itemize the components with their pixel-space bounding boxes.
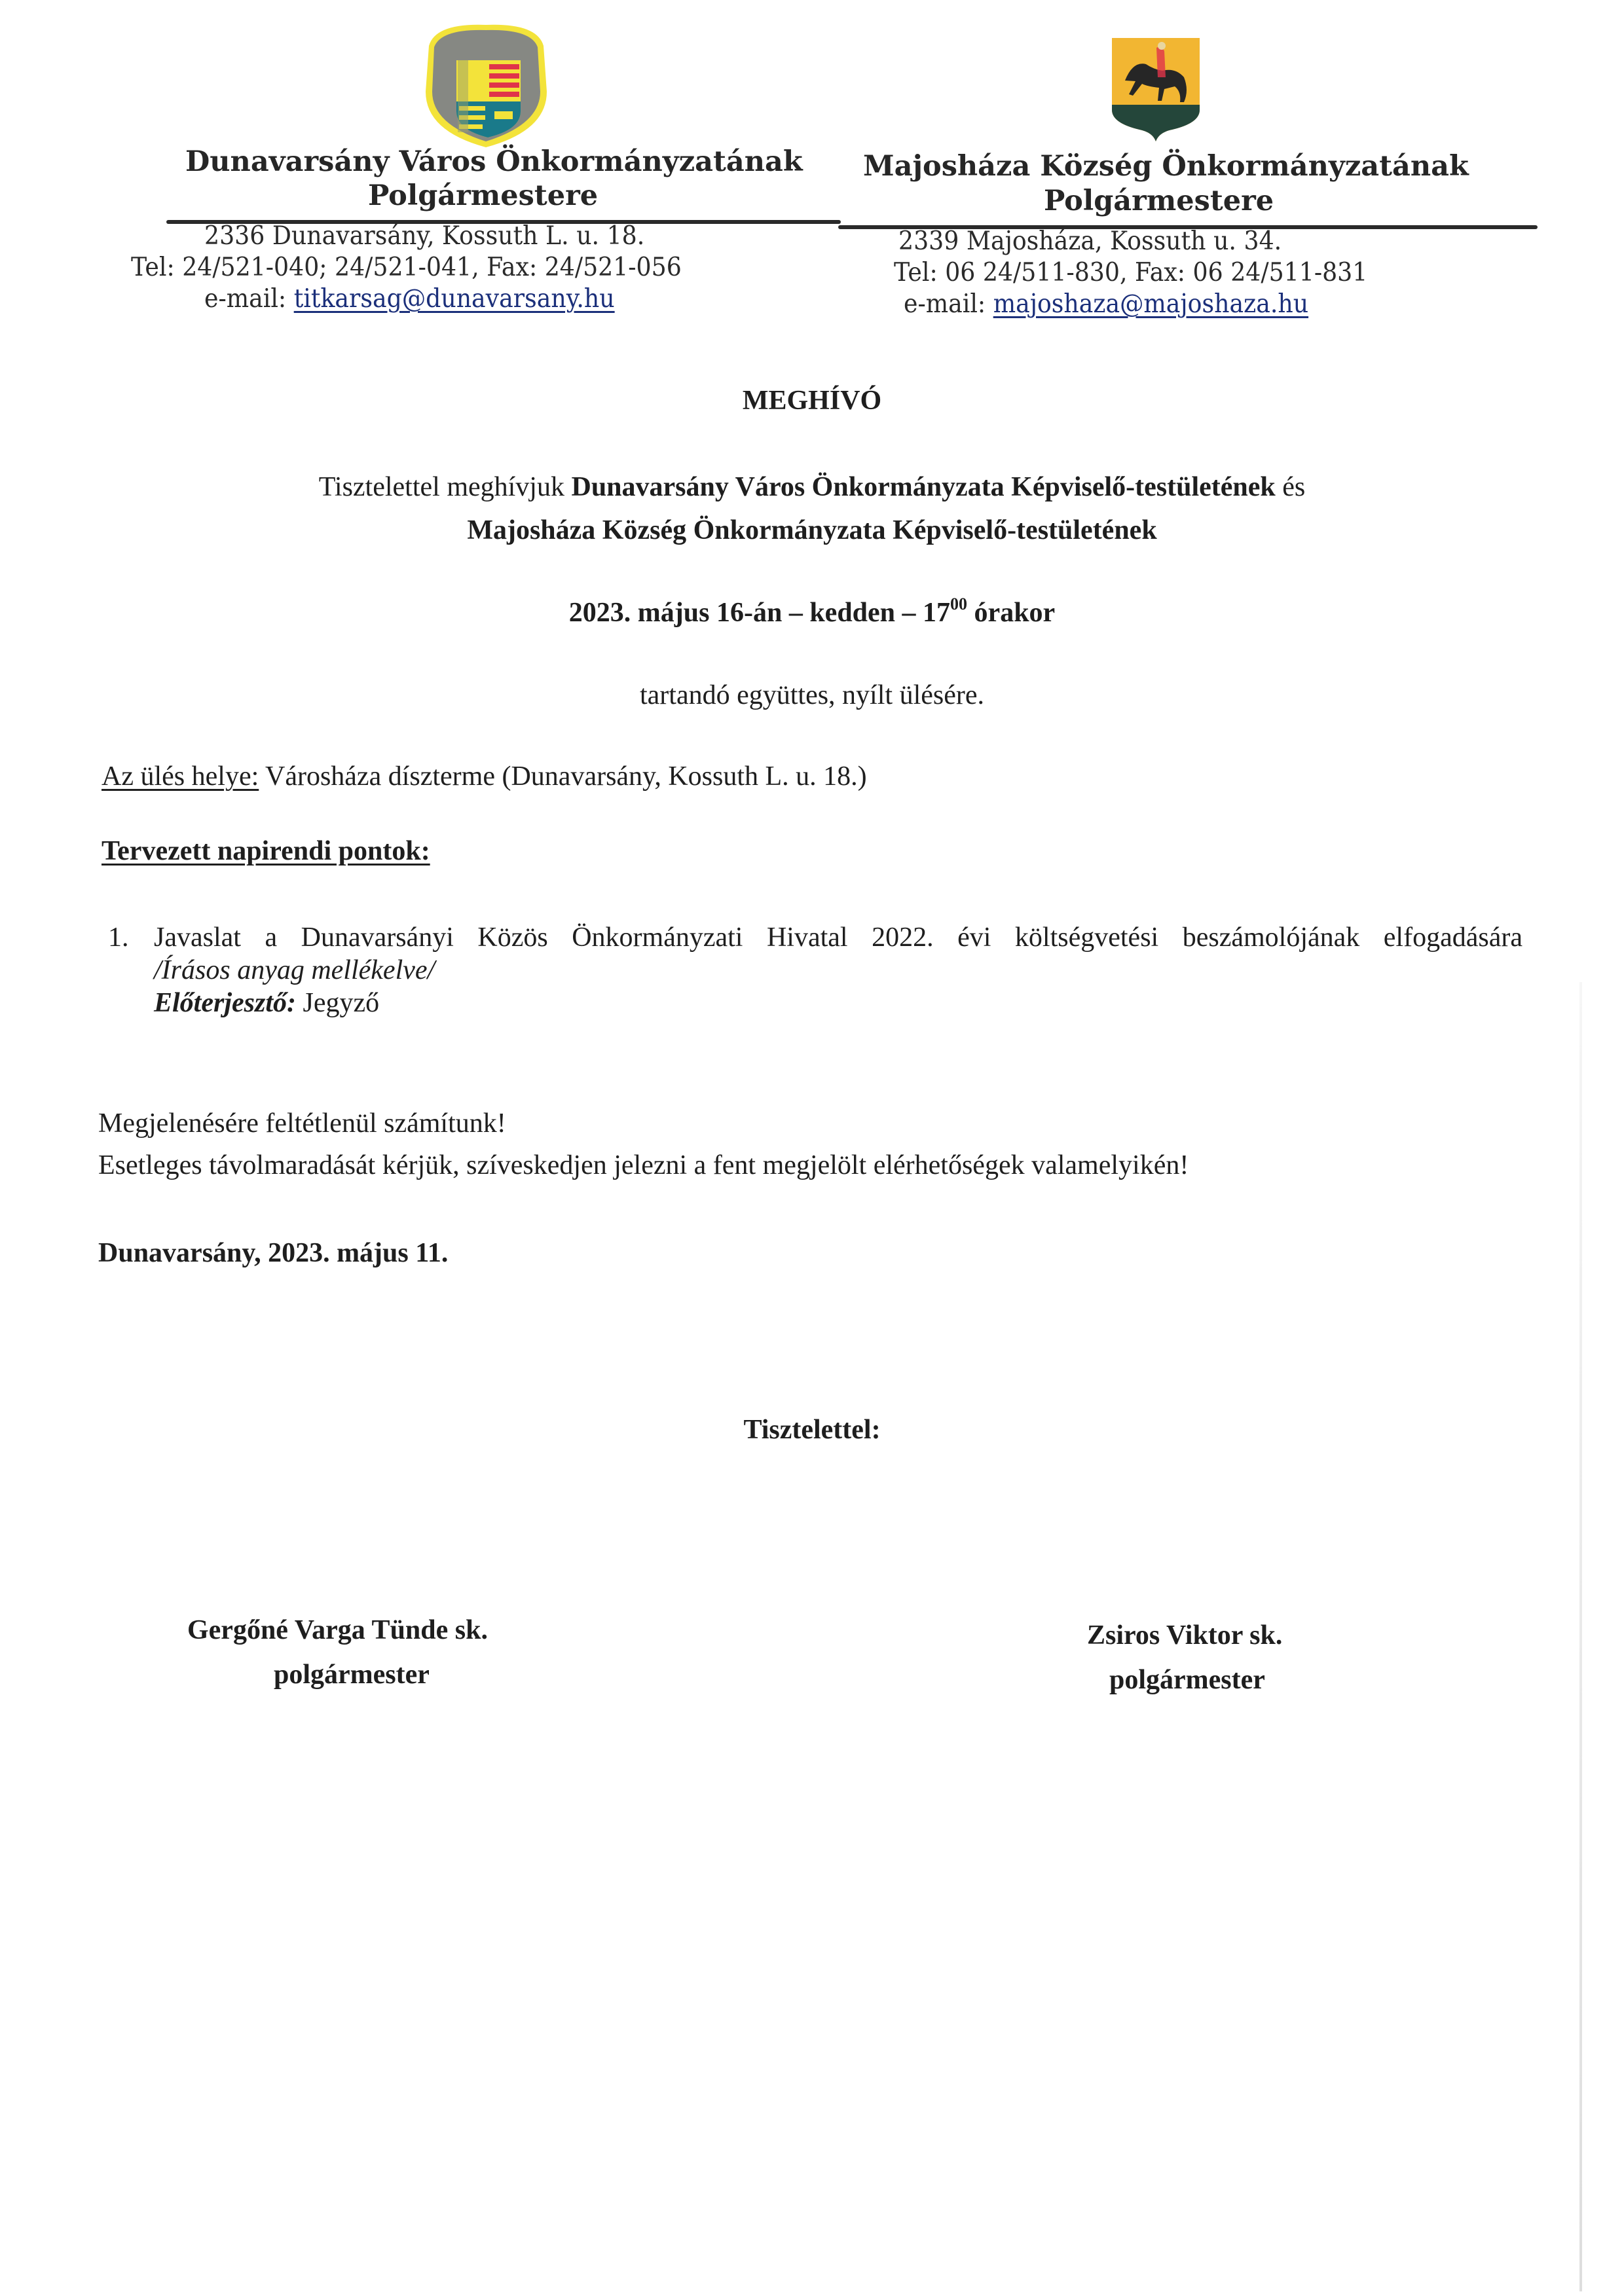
majoshaza-coat-of-arms-icon (1107, 31, 1205, 143)
left-office-title: Dunavarsány Város Önkormányzatának (185, 145, 803, 178)
right-email-link[interactable]: majoshaza@majoshaza.hu (993, 289, 1308, 319)
left-email-label: e-mail: (204, 284, 286, 314)
signature-right-role: polgármester (1109, 1664, 1265, 1696)
right-email-row: e-mail: majoshaza@majoshaza.hu (904, 289, 1308, 319)
invitation-suffix: és (1276, 472, 1306, 502)
agenda-item-number: 1. (108, 922, 129, 953)
meeting-date-tail: órakor (967, 598, 1055, 628)
closing-line-2: Esetleges távolmaradását kérjük, szívesk… (98, 1150, 1189, 1181)
scan-edge-line (1579, 982, 1582, 2291)
agenda-item-text: Javaslat a Dunavarsányi Közös Önkormányz… (154, 922, 1522, 953)
right-office-title: Majosháza Község Önkormányzatának (863, 150, 1469, 183)
session-type: tartandó együttes, nyílt ülésére. (0, 680, 1624, 711)
document-title: MEGHÍVÓ (0, 385, 1624, 416)
signature-right-name: Zsiros Viktor sk. (1087, 1620, 1282, 1651)
left-phone: Tel: 24/521-040; 24/521-041, Fax: 24/521… (131, 253, 682, 282)
place-and-date: Dunavarsány, 2023. május 11. (98, 1237, 448, 1269)
presenter-name: Jegyző (296, 988, 379, 1018)
signature-left-role: polgármester (274, 1659, 430, 1690)
signature-left-name: Gergőné Varga Tünde sk. (187, 1614, 488, 1646)
right-phone: Tel: 06 24/511-830, Fax: 06 24/511-831 (894, 258, 1367, 287)
left-email-link[interactable]: titkarsag@dunavarsany.hu (294, 284, 615, 314)
invitation-line-1: Tisztelettel meghívjuk Dunavarsány Város… (0, 471, 1624, 503)
meeting-date-main: 2023. május 16-án – kedden – 17 (569, 598, 950, 628)
right-email-label: e-mail: (904, 289, 986, 319)
agenda-heading: Tervezett napirendi pontok: (101, 835, 430, 867)
agenda-item-presenter: Előterjesztő: Jegyző (154, 987, 379, 1019)
left-email-row: e-mail: titkarsag@dunavarsany.hu (204, 284, 615, 314)
right-address: 2339 Majosháza, Kossuth u. 34. (898, 227, 1282, 256)
presenter-label: Előterjesztő: (154, 988, 296, 1018)
right-office-subtitle: Polgármestere (1044, 185, 1274, 217)
regards: Tisztelettel: (0, 1414, 1624, 1446)
dunavarsany-coat-of-arms-icon (416, 20, 557, 151)
location-value: Városháza díszterme (Dunavarsány, Kossut… (259, 761, 866, 792)
left-office-subtitle: Polgármestere (368, 179, 598, 212)
invitation-prefix: Tisztelettel meghívjuk (319, 472, 572, 502)
closing-line-1: Megjelenésére feltétlenül számítunk! (98, 1108, 506, 1139)
meeting-date: 2023. május 16-án – kedden – 1700 órakor (0, 597, 1624, 629)
meeting-time-minutes: 00 (950, 594, 967, 613)
meeting-location: Az ülés helye: Városháza díszterme (Duna… (101, 761, 867, 792)
left-address: 2336 Dunavarsány, Kossuth L. u. 18. (204, 221, 644, 251)
invitation-line-2: Majosháza Község Önkormányzata Képviselő… (0, 515, 1624, 546)
location-label: Az ülés helye: (101, 761, 259, 792)
invitation-body-dunavarsany: Dunavarsány Város Önkormányzata Képvisel… (571, 472, 1275, 502)
agenda-item-note: /Írásos anyag mellékelve/ (154, 955, 435, 986)
